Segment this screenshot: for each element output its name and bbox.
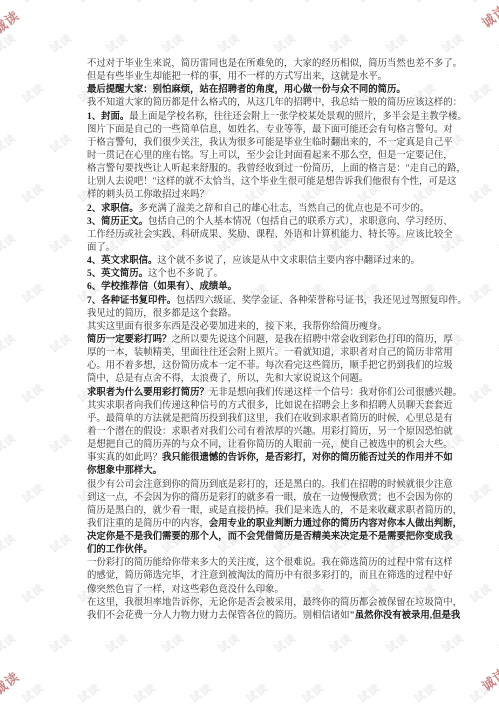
watermark-tile: 试读 — [159, 30, 188, 57]
corner-watermark-bottom-left: 诚读 — [0, 666, 23, 698]
text-segment: 最后提醒大家：别怕麻烦，站在招聘者的角度，用心做一份与众不同的简历。 — [87, 85, 406, 95]
text-segment: 6、学校推荐信（如果有）、成绩单。 — [87, 282, 237, 292]
text-segment: 7、各种证书复印件。 — [87, 296, 176, 306]
text-line: 的感觉，简历筛选完毕，才注意到被淘汰的简历中有很多彩打的，而且在筛选的过程中好 — [87, 570, 465, 583]
watermark-tile: 试读 — [75, 680, 104, 706]
watermark-tile: 试读 — [0, 130, 19, 157]
text-line: 像突然色盲了一样，对这些彩色竟没什么印象。 — [87, 584, 465, 597]
text-segment: 我不知道大家的简历都是什么格式的，从这几年的招聘中，我总结一般的简历应该这样的： — [87, 98, 462, 108]
text-segment: 但是有些毕业生却能把一样的事，用不一样的方式写出来，这就是水平。 — [87, 72, 387, 82]
text-segment: 工作经历或社会实践、科研成果、奖励、课程、外语和计算机能力、特长等。应该比较全 — [87, 230, 453, 240]
text-segment: 会用专业的职业判断力通过你的简历内容对你本人做出判断， — [209, 519, 462, 529]
text-segment: "虽然你没有被录用,但是我 — [350, 611, 461, 621]
watermark-tile: 试读 — [103, 30, 132, 57]
text-line: 不过对于毕业生来说，简历雷同也是在所难免的，大家的经历相似，简历当然也差不多了。 — [87, 58, 465, 71]
watermark-tile: 试读 — [439, 30, 468, 57]
text-segment: 这个就不多说了，应该是从中文求职信主要内容中翻译过来的。 — [157, 256, 420, 266]
watermark-tile: 试读 — [495, 630, 499, 657]
text-segment: 3、简历正文。 — [87, 217, 148, 227]
text-line: 求职者为什么要用彩打简历？无非是想向我们传递这样一个信号：我对你们公司很感兴趣。 — [87, 387, 465, 400]
watermark-tile: 试读 — [467, 80, 496, 107]
text-line: 很少有公司会注意到你的简历到底是彩打的，还是黑白的。我们在招聘的时候就很少注意 — [87, 479, 465, 492]
text-line: 面了。 — [87, 242, 465, 255]
text-segment: 厚的一本，装帧精美，里面往往还会附上照片。一看就知道，求职者对自己的简历非常用 — [87, 348, 453, 358]
text-segment: 事实真的如此吗？ — [87, 453, 162, 463]
watermark-tile: 试读 — [467, 580, 496, 607]
watermark-tile: 试读 — [495, 30, 499, 57]
text-segment: 不过对于毕业生来说，简历雷同也是在所难免的，大家的经历相似，简历当然也差不多了。 — [87, 59, 462, 69]
watermark-tile: 试读 — [75, 0, 104, 6]
text-line: 事实真的如此吗？我只能很遗憾的告诉你，是否彩打，对你的简历能否过关的作用并不如 — [87, 452, 465, 465]
text-segment: 其实求职者向我们传递这种信号的方式很多，比如说在招聘会上多和招聘人员聊天套套近 — [87, 401, 453, 411]
text-segment: 求职者为什么要用彩打简历？ — [87, 388, 209, 398]
text-segment: 乎。最简单的方法就是把简历投到我们这里，我们在收到求职者简历的时候，心里总是有 — [87, 414, 453, 424]
text-segment: 面了。 — [87, 243, 115, 253]
watermark-tile: 试读 — [0, 230, 19, 257]
text-segment: 筒中，总是有点舍不得，太浪费了，所以，先和大家说说这个问题。 — [87, 374, 368, 384]
watermark-tile: 试读 — [271, 630, 300, 657]
text-segment: 我只能很遗憾的告诉你，是否彩打，对你的简历能否过关的作用并不如 — [162, 453, 453, 463]
text-line: 1、封面。最上面是学校名称，往往还会附上一张学校某处景观的照片，多半会是主教学楼… — [87, 111, 465, 124]
text-segment: 决定你是不是我们需要的那个人，而不会凭借简历是否精美来决定是不是需要把你变成我 — [87, 532, 453, 542]
watermark-tile: 试读 — [299, 0, 328, 6]
corner-watermark-bottom-right: 诚读 — [477, 662, 499, 694]
text-line: 2、求职信。多充满了溢美之辞和自己的雄心壮志，当然自己的优点也是不可少的。 — [87, 203, 465, 216]
watermark-tile: 试读 — [19, 680, 48, 706]
text-segment: 4、英文求职信。 — [87, 256, 157, 266]
watermark-tile: 试读 — [467, 480, 496, 507]
text-line: 们的工作伙伴。 — [87, 544, 465, 557]
text-segment: 我见过的简历，很多都是这个套路。 — [87, 309, 237, 319]
watermark-tile: 试读 — [19, 0, 48, 6]
text-segment: 其实这里面有很多东西是没必要加进来的，接下来，我帮你给简历瘦身。 — [87, 322, 387, 332]
text-line: 让别人去说吧！"这样的就不太恰当，这个毕业生很可能是想告诉我们他很有个性，可是这 — [87, 176, 465, 189]
text-line: 我见过的简历，很多都是这个套路。 — [87, 308, 465, 321]
text-segment: 之所以要先说这个问题，是我在招聘中常会收到彩色打印的简历，厚 — [171, 335, 452, 345]
text-line: 但是有些毕业生却能把一样的事，用不一样的方式写出来，这就是水平。 — [87, 71, 465, 84]
text-line: 时一贯记在心里的座右铭。写上可以，至少会让封面看起来不那么空，但是一定要记住， — [87, 150, 465, 163]
watermark-tile: 试读 — [19, 280, 48, 307]
watermark-tile: 试读 — [243, 680, 272, 706]
watermark-tile: 试读 — [495, 330, 499, 357]
watermark-tile: 试读 — [215, 30, 244, 57]
text-segment: 到这一点，不会因为你的简历是彩打的就多看一眼，放在一边慢慢欣赏；也不会因为你的 — [87, 493, 453, 503]
text-segment: 很少有公司会注意到你的简历到底是彩打的，还是黑白的。我们在招聘的时候就很少注意 — [87, 480, 453, 490]
text-segment: 我们注重的是简历中的内容， — [87, 519, 209, 529]
watermark-tile: 试读 — [439, 630, 468, 657]
text-line: 筒中，总是有点舍不得，太浪费了，所以，先和大家说说这个问题。 — [87, 373, 465, 386]
text-segment: 我们不会花费一分人力物力财力去保管各位的简历。别相信诸如 — [87, 611, 350, 621]
watermark-tile: 试读 — [0, 630, 19, 657]
watermark-tile: 试读 — [327, 630, 356, 657]
watermark-tile: 试读 — [495, 430, 499, 457]
watermark-tile: 试读 — [47, 430, 76, 457]
watermark-tile: 试读 — [47, 330, 76, 357]
text-segment: 包括自己的个人基本情况（包括自己的联系方式），求职意向、学习经历、 — [148, 217, 453, 227]
watermark-tile: 试读 — [19, 480, 48, 507]
text-line: 我不知道大家的简历都是什么格式的，从这几年的招聘中，我总结一般的简历应该这样的： — [87, 97, 465, 110]
text-segment: 你想象中那样大。 — [87, 466, 162, 476]
text-segment: 包括四六级证、奖学金证、各种荣誉称号证书，我还见过驾照复印件。 — [176, 296, 467, 306]
text-segment: 2、求职信。 — [87, 204, 139, 214]
text-line: 工作经历或社会实践、科研成果、奖励、课程、外语和计算机能力、特长等。应该比较全 — [87, 229, 465, 242]
watermark-tile: 试读 — [467, 180, 496, 207]
watermark-tile: 试读 — [103, 630, 132, 657]
text-segment: 简历一定要彩打吗？ — [87, 335, 171, 345]
watermark-tile: 试读 — [19, 180, 48, 207]
text-line: 最后提醒大家：别怕麻烦，站在招聘者的角度，用心做一份与众不同的简历。 — [87, 84, 465, 97]
text-segment: 简历是黑白的，就少看一眼，或是直接扔掉。我们是来选人的，不是来收藏求职者简历的， — [87, 506, 462, 516]
text-line: 7、各种证书复印件。包括四六级证、奖学金证、各种荣誉称号证书，我还见过驾照复印件… — [87, 295, 465, 308]
watermark-tile: 试读 — [187, 680, 216, 706]
text-segment: 心。用不着多想，这份简历成本一定不菲。每次看完这些简历，顺手把它扔到我们的垃圾 — [87, 361, 453, 371]
text-line: 6、学校推荐信（如果有）、成绩单。 — [87, 281, 465, 294]
text-segment: 图片下面是自己的一些简单信息，如姓名、专业等等，最下面可能还会有句格言警句。对 — [87, 125, 453, 135]
text-line: 图片下面是自己的一些简单信息，如姓名、专业等等，最下面可能还会有句格言警句。对 — [87, 124, 465, 137]
watermark-tile: 试读 — [0, 530, 19, 557]
text-line: 于格言警句，我们很少关注，我认为很多可能是毕业生临时翻出来的，不一定真是自己平 — [87, 137, 465, 150]
text-line: 心。用不着多想，这份简历成本一定不菲。每次看完这些简历，顺手把它扔到我们的垃圾 — [87, 360, 465, 373]
watermark-tile: 试读 — [47, 30, 76, 57]
watermark-tile: 试读 — [355, 0, 384, 6]
text-line: 简历一定要彩打吗？之所以要先说这个问题，是我在招聘中常会收到彩色打印的简历，厚 — [87, 334, 465, 347]
text-line: 你想象中那样大。 — [87, 465, 465, 478]
watermark-tile: 试读 — [327, 30, 356, 57]
text-line: 在这里，我很坦率地告诉你，无论你是否会被采用，最终你的简历都会被保留在垃圾筒中， — [87, 597, 465, 610]
document-text: 不过对于毕业生来说，简历雷同也是在所难免的，大家的经历相似，简历当然也差不多了。… — [87, 58, 465, 623]
watermark-tile: 试读 — [0, 330, 19, 357]
watermark-tile: 试读 — [383, 30, 412, 57]
text-segment: 多充满了溢美之辞和自己的雄心壮志，当然自己的优点也是不可少的。 — [139, 204, 430, 214]
text-line: 4、英文求职信。这个就不多说了，应该是从中文求职信主要内容中翻译过来的。 — [87, 255, 465, 268]
text-line: 简历是黑白的，就少看一眼，或是直接扔掉。我们是来选人的，不是来收藏求职者简历的， — [87, 505, 465, 518]
text-line: 是想把自己的简历弄的与众不同，让看你简历的人眼前一亮，使自己被选中的机会大些。 — [87, 439, 465, 452]
watermark-tile: 试读 — [47, 130, 76, 157]
corner-watermark-top-left: 诚读 — [0, 5, 23, 37]
text-line: 其实求职者向我们传递这种信号的方式很多，比如说在招聘会上多和招聘人员聊天套套近 — [87, 400, 465, 413]
text-line: 我们注重的是简历中的内容，会用专业的职业判断力通过你的简历内容对你本人做出判断， — [87, 518, 465, 531]
watermark-tile: 试读 — [131, 680, 160, 706]
watermark-tile: 试读 — [495, 230, 499, 257]
text-segment: 是想把自己的简历弄的与众不同，让看你简历的人眼前一亮，使自己被选中的机会大些。 — [87, 440, 453, 450]
watermark-tile: 试读 — [467, 380, 496, 407]
watermark-tile: 试读 — [0, 430, 19, 457]
watermark-tile: 试读 — [47, 530, 76, 557]
text-segment: 们的工作伙伴。 — [87, 545, 153, 555]
text-line: 决定你是不是我们需要的那个人，而不会凭借简历是否精美来决定是不是需要把你变成我 — [87, 531, 465, 544]
watermark-tile: 试读 — [215, 630, 244, 657]
watermark-tile: 试读 — [271, 30, 300, 57]
text-line: 样的刺头员工你敢招过来吗？ — [87, 189, 465, 202]
watermark-tile: 试读 — [495, 530, 499, 557]
watermark-tile: 试读 — [411, 0, 440, 6]
text-line: 着一个潜在的假设：求职者对我们公司有着浓厚的兴趣。用彩打简历，另一个原因恐怕就 — [87, 426, 465, 439]
text-line: 一份彩打的简历能给你带来多大的关注度，这个很难说。我在筛选简历的过程中常有这样 — [87, 557, 465, 570]
watermark-tile: 试读 — [299, 680, 328, 706]
watermark-tile: 试读 — [383, 630, 412, 657]
text-segment: 格言警句要找些让人听起来舒服的。我曾经收到过一份简历，上面的格言是："走自己的路… — [87, 164, 466, 174]
watermark-tile: 试读 — [47, 230, 76, 257]
watermark-tile: 试读 — [159, 630, 188, 657]
text-segment: 着一个潜在的假设：求职者对我们公司有着浓厚的兴趣。用彩打简历，另一个原因恐怕就 — [87, 427, 453, 437]
text-segment: 最上面是学校名称，往往还会附上一张学校某处景观的照片，多半会是主教学楼。 — [129, 112, 467, 122]
text-line: 厚的一本，装帧精美，里面往往还会附上照片。一看就知道，求职者对自己的简历非常用 — [87, 347, 465, 360]
text-segment: 样的刺头员工你敢招过来吗？ — [87, 190, 209, 200]
text-segment: 无非是想向我们传递这样一个信号：我对你们公司很感兴趣。 — [209, 388, 462, 398]
text-segment: 的感觉，简历筛选完毕，才注意到被淘汰的简历中有很多彩打的，而且在筛选的过程中好 — [87, 571, 453, 581]
text-segment: 在这里，我很坦率地告诉你，无论你是否会被采用，最终你的简历都会被保留在垃圾筒中， — [87, 598, 462, 608]
text-line: 乎。最简单的方法就是把简历投到我们这里，我们在收到求职者简历的时候，心里总是有 — [87, 413, 465, 426]
text-segment: 1、封面。 — [87, 112, 129, 122]
text-segment: 时一贯记在心里的座右铭。写上可以，至少会让封面看起来不那么空，但是一定要记住， — [87, 151, 453, 161]
corner-watermark-top-right: 诚读 — [477, 0, 499, 32]
watermark-tile: 试读 — [187, 0, 216, 6]
text-segment: 于格言警句，我们很少关注，我认为很多可能是毕业生临时翻出来的，不一定真是自己平 — [87, 138, 453, 148]
text-segment: 让别人去说吧！"这样的就不太恰当，这个毕业生很可能是想告诉我们他很有个性，可是这 — [87, 177, 456, 187]
text-segment: 一份彩打的简历能给你带来多大的关注度，这个很难说。我在筛选简历的过程中常有这样 — [87, 558, 453, 568]
text-line: 5、英文简历。这个也不多说了。 — [87, 268, 465, 281]
text-segment: 像突然色盲了一样，对这些彩色竟没什么印象。 — [87, 585, 284, 595]
watermark-tile: 试读 — [47, 630, 76, 657]
watermark-tile: 试读 — [411, 680, 440, 706]
watermark-tile: 试读 — [131, 0, 160, 6]
watermark-tile: 试读 — [243, 0, 272, 6]
text-line: 其实这里面有很多东西是没必要加进来的，接下来，我帮你给简历瘦身。 — [87, 321, 465, 334]
watermark-tile: 试读 — [355, 680, 384, 706]
text-line: 3、简历正文。包括自己的个人基本情况（包括自己的联系方式），求职意向、学习经历、 — [87, 216, 465, 229]
text-segment: 这个也不多说了。 — [148, 269, 223, 279]
watermark-tile: 试读 — [495, 130, 499, 157]
document-page: 试读试读试读试读试读试读试读试读试读试读试读试读试读试读试读试读试读试读试读试读… — [0, 0, 499, 706]
text-line: 格言警句要找些让人听起来舒服的。我曾经收到过一份简历，上面的格言是："走自己的路… — [87, 163, 465, 176]
watermark-tile: 试读 — [19, 380, 48, 407]
text-line: 到这一点，不会因为你的简历是彩打的就多看一眼，放在一边慢慢欣赏；也不会因为你的 — [87, 492, 465, 505]
watermark-tile: 试读 — [467, 280, 496, 307]
text-line: 我们不会花费一分人力物力财力去保管各位的简历。别相信诸如"虽然你没有被录用,但是… — [87, 610, 465, 623]
watermark-tile: 试读 — [19, 580, 48, 607]
text-segment: 5、英文简历。 — [87, 269, 148, 279]
watermark-tile: 试读 — [19, 80, 48, 107]
